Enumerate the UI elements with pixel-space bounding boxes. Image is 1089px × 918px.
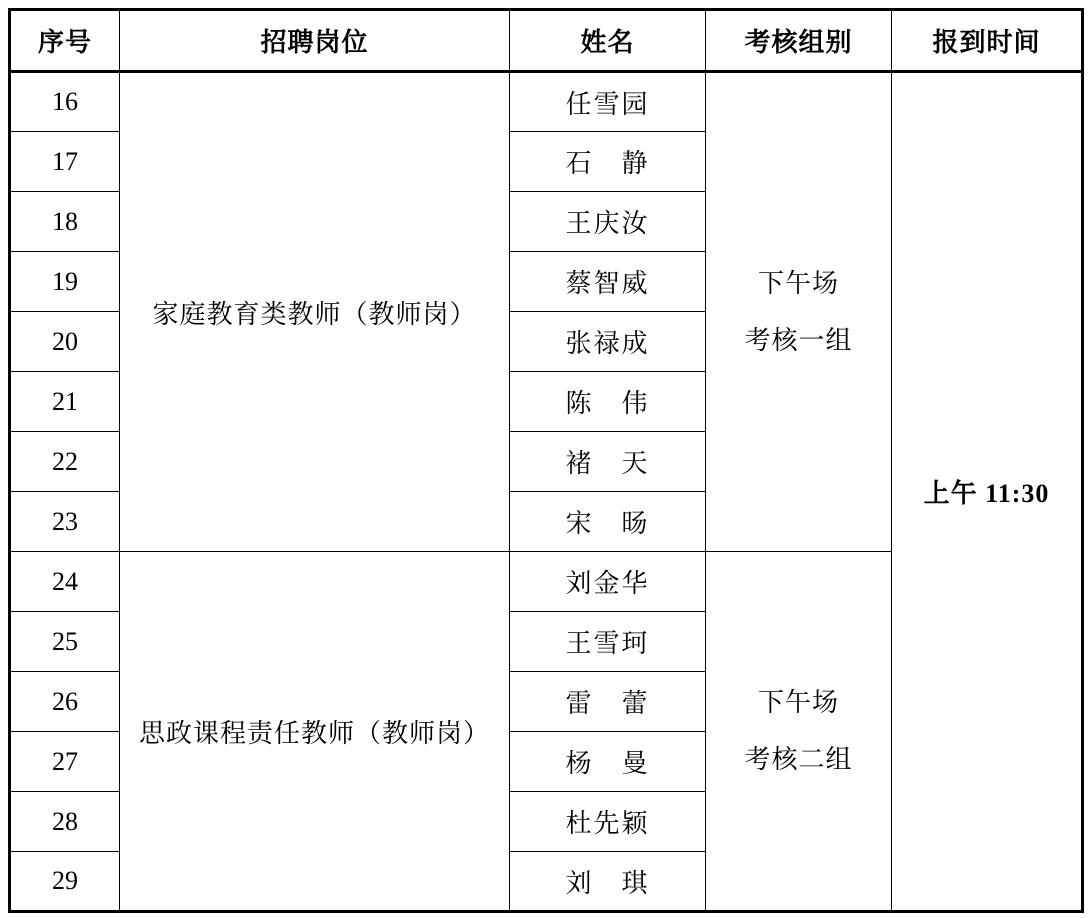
serial-number: 23 (10, 492, 120, 552)
serial-number: 25 (10, 612, 120, 672)
candidate-name: 石 静 (510, 132, 706, 192)
candidate-name: 任雪园 (510, 72, 706, 132)
serial-number: 16 (10, 72, 120, 132)
candidate-name: 刘 琪 (510, 852, 706, 912)
header-assessment-group: 考核组别 (706, 10, 892, 72)
assessment-group-number: 考核一组 (706, 312, 891, 369)
assessment-group-number: 考核二组 (706, 731, 891, 788)
assessment-session: 下午场 (706, 674, 891, 731)
serial-number: 19 (10, 252, 120, 312)
page: 序号 招聘岗位 姓名 考核组别 报到时间 16 家庭教育类教师（教师岗） 任雪园… (0, 0, 1089, 918)
candidate-name: 雷 蕾 (510, 672, 706, 732)
candidate-schedule-table: 序号 招聘岗位 姓名 考核组别 报到时间 16 家庭教育类教师（教师岗） 任雪园… (8, 8, 1084, 913)
header-recruitment-position: 招聘岗位 (120, 10, 510, 72)
header-row: 序号 招聘岗位 姓名 考核组别 报到时间 (10, 10, 1083, 72)
serial-number: 17 (10, 132, 120, 192)
header-serial-number: 序号 (10, 10, 120, 72)
serial-number: 27 (10, 732, 120, 792)
recruitment-position: 家庭教育类教师（教师岗） (120, 72, 510, 552)
assessment-session: 下午场 (706, 255, 891, 312)
report-time: 上午 11:30 (892, 72, 1083, 912)
candidate-name: 张禄成 (510, 312, 706, 372)
serial-number: 20 (10, 312, 120, 372)
candidate-name: 杨 曼 (510, 732, 706, 792)
serial-number: 18 (10, 192, 120, 252)
candidate-name: 宋 旸 (510, 492, 706, 552)
table-row: 16 家庭教育类教师（教师岗） 任雪园 下午场 考核一组 上午 11:30 (10, 72, 1083, 132)
header-report-time: 报到时间 (892, 10, 1083, 72)
serial-number: 29 (10, 852, 120, 912)
header-name: 姓名 (510, 10, 706, 72)
recruitment-position: 思政课程责任教师（教师岗） (120, 552, 510, 912)
candidate-name: 王庆汝 (510, 192, 706, 252)
candidate-name: 刘金华 (510, 552, 706, 612)
assessment-group: 下午场 考核一组 (706, 72, 892, 552)
serial-number: 21 (10, 372, 120, 432)
candidate-name: 王雪珂 (510, 612, 706, 672)
candidate-name: 杜先颖 (510, 792, 706, 852)
serial-number: 28 (10, 792, 120, 852)
assessment-group: 下午场 考核二组 (706, 552, 892, 912)
candidate-name: 陈 伟 (510, 372, 706, 432)
candidate-name: 蔡智威 (510, 252, 706, 312)
serial-number: 26 (10, 672, 120, 732)
serial-number: 22 (10, 432, 120, 492)
serial-number: 24 (10, 552, 120, 612)
candidate-name: 褚 天 (510, 432, 706, 492)
